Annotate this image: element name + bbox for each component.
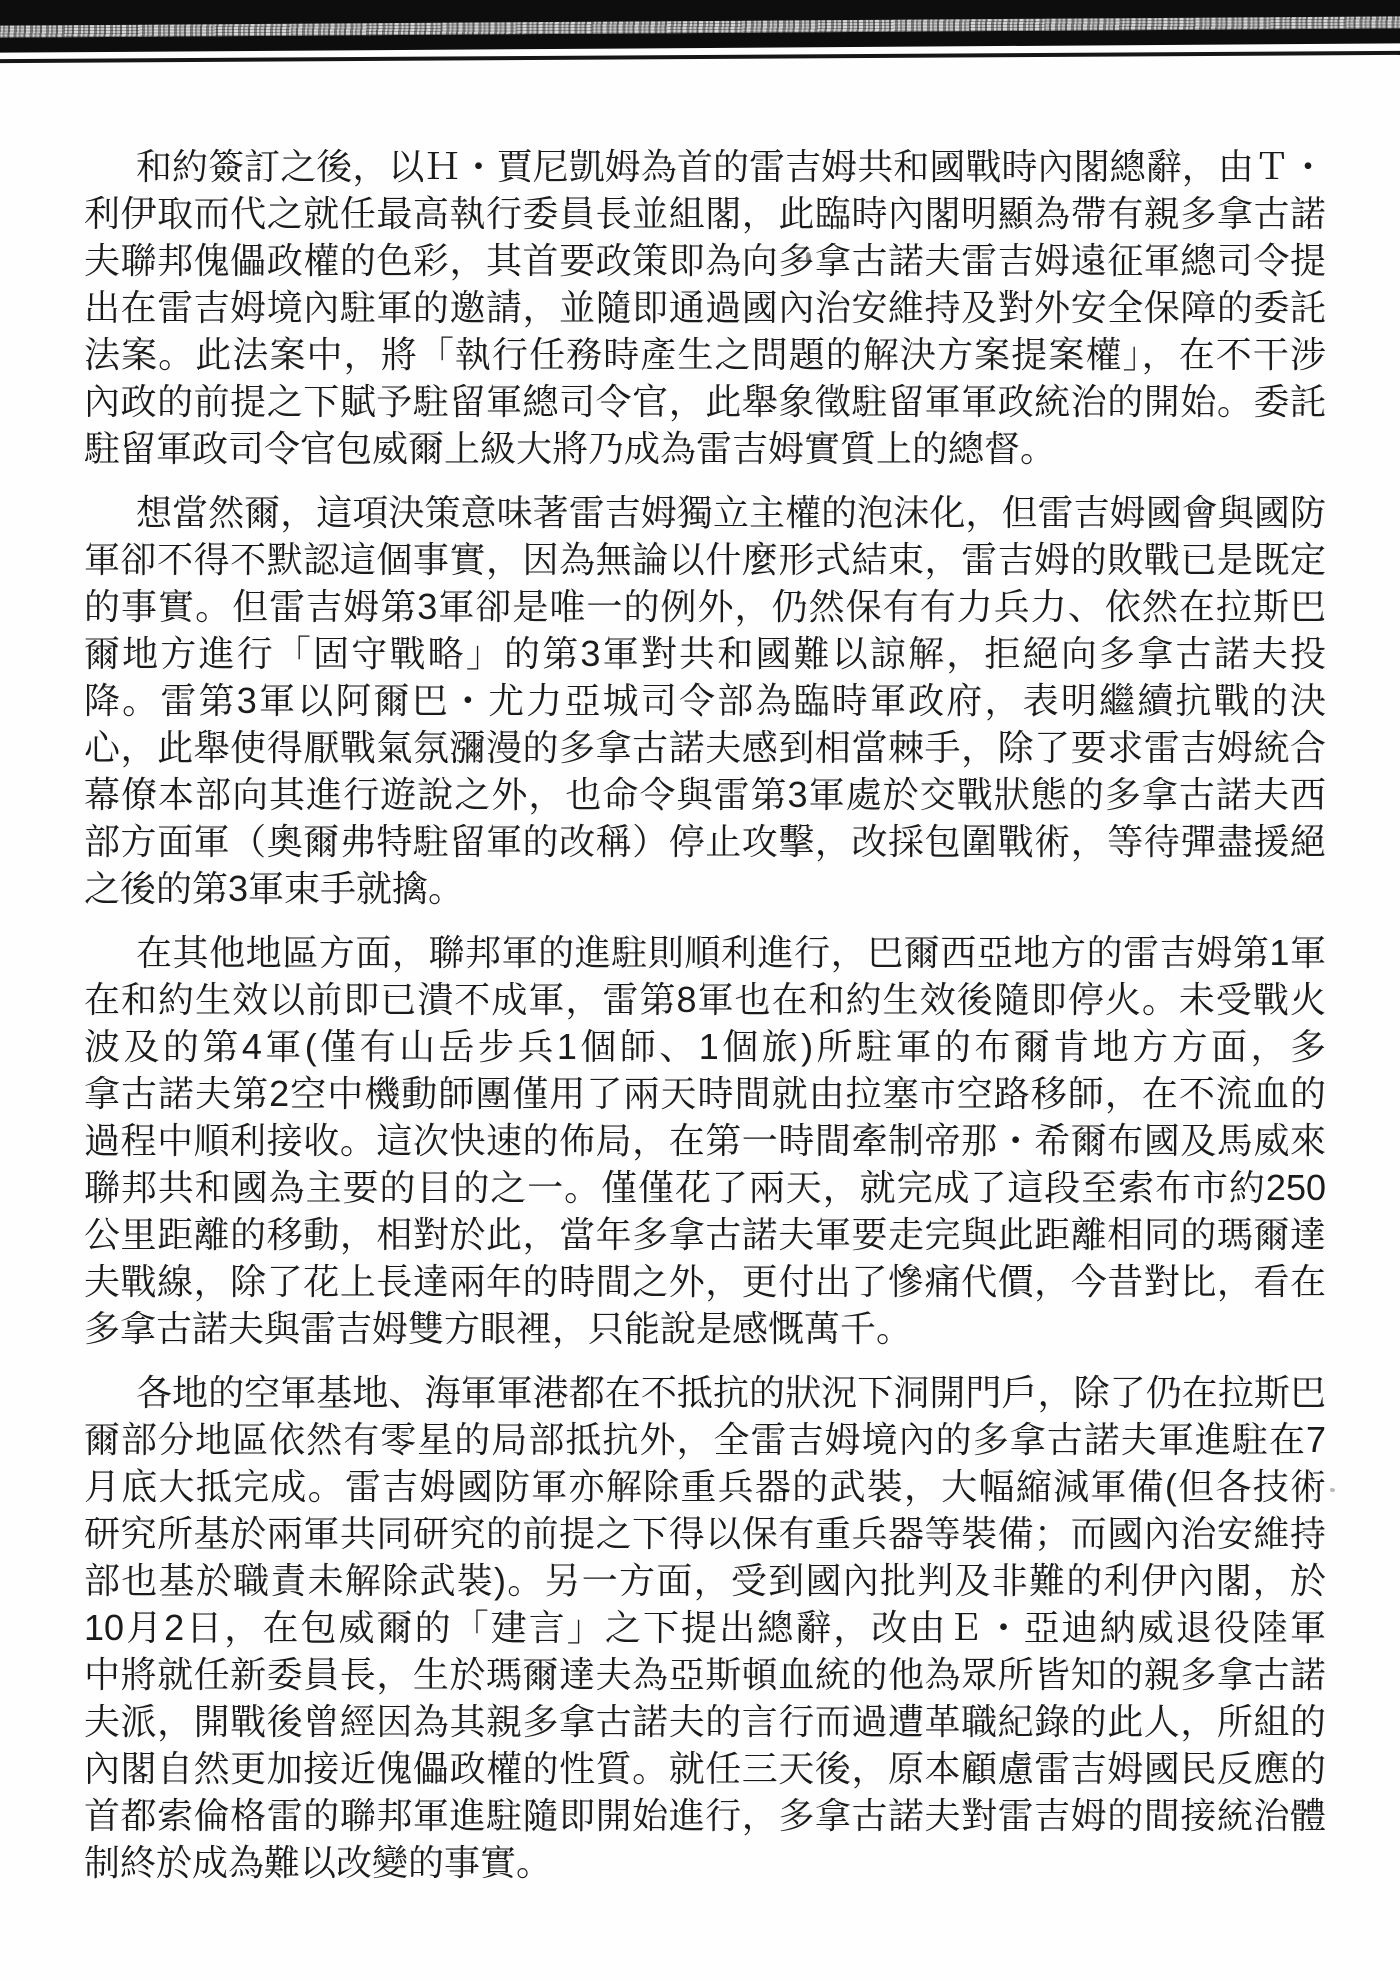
text-line: 波及的第4軍(僅有山岳步兵1個師、1個旅)所駐軍的布爾肯地方方面，多 [84,1023,1326,1070]
text-line: 聯邦共和國為主要的目的之一。僅僅花了兩天，就完成了這段至索布市約250 [84,1164,1326,1211]
paragraph: 各地的空軍基地、海軍軍港都在不抵抗的狀況下洞開門戶，除了仍在拉斯巴 爾部分地區依… [84,1369,1326,1886]
text-line: 制終於成為難以改變的事實。 [84,1839,1326,1886]
paragraph: 和約簽訂之後，以Ｈ・賈尼凱姆為首的雷吉姆共和國戰時內閣總辭，由Ｔ・ 利伊取而代之… [84,143,1326,472]
text-line: 利伊取而代之就任最高執行委員長並組閣，此臨時內閣明顯為帶有親多拿古諾 [84,190,1326,237]
text-line: 爾部分地區依然有零星的局部抵抗外，全雷吉姆境內的多拿古諾夫軍進駐在7 [84,1416,1326,1463]
scan-header-band [0,0,1400,53]
text-line: 在其他地區方面，聯邦軍的進駐則順利進行，巴爾西亞地方的雷吉姆第1軍 [84,929,1326,976]
text-line: 多拿古諾夫與雷吉姆雙方眼裡，只能說是感慨萬千。 [84,1305,1326,1352]
paragraph: 在其他地區方面，聯邦軍的進駐則順利進行，巴爾西亞地方的雷吉姆第1軍 在和約生效以… [84,929,1326,1352]
text-line: 首都索倫格雷的聯邦軍進駐隨即開始進行，多拿古諾夫對雷吉姆的間接統治體 [84,1792,1326,1839]
text-line: 夫派，開戰後曾經因為其親多拿古諾夫的言行而過遭革職紀錄的此人，所組的 [84,1698,1326,1745]
page-edge-line [0,51,1400,64]
text-line: 出在雷吉姆境內駐軍的邀請，並隨即通過國內治安維持及對外安全保障的委託 [84,284,1326,331]
text-line: 過程中順利接收。這次快速的佈局，在第一時間牽制帝那・希爾布國及馬威來 [84,1117,1326,1164]
text-line: 研究所基於兩軍共同研究的前提之下得以保有重兵器等裝備；而國內治安維持 [84,1510,1326,1557]
text-line: 的事實。但雷吉姆第3軍卻是唯一的例外，仍然保有有力兵力、依然在拉斯巴 [84,583,1326,630]
text-line: 部也基於職責未解除武裝)。另一方面，受到國內批判及非難的利伊內閣，於 [84,1557,1326,1604]
text-line: 夫戰線，除了花上長達兩年的時間之外，更付出了慘痛代價，今昔對比，看在 [84,1258,1326,1305]
text-line: 內政的前提之下賦予駐留軍總司令官，此舉象徵駐留軍軍政統治的開始。委託 [84,378,1326,425]
text-line: 軍卻不得不默認這個事實，因為無論以什麼形式結束，雷吉姆的敗戰已是既定 [84,536,1326,583]
text-line: 在和約生效以前即已潰不成軍，雷第8軍也在和約生效後隨即停火。未受戰火 [84,976,1326,1023]
text-line: 月底大抵完成。雷吉姆國防軍亦解除重兵器的武裝，大幅縮減軍備(但各技術 [84,1463,1326,1510]
text-line: 心，此舉使得厭戰氣氛瀰漫的多拿古諾夫感到相當棘手，除了要求雷吉姆統合 [84,724,1326,771]
text-line: 公里距離的移動，相對於此，當年多拿古諾夫軍要走完與此距離相同的瑪爾達 [84,1211,1326,1258]
text-line: 法案。此法案中，將「執行任務時產生之問題的解決方案提案權」，在不干涉 [84,331,1326,378]
text-line: 之後的第3軍束手就擒。 [84,865,1326,912]
text-line: 拿古諾夫第2空中機動師團僅用了兩天時間就由拉塞市空路移師，在不流血的 [84,1070,1326,1117]
text-line: 各地的空軍基地、海軍軍港都在不抵抗的狀況下洞開門戶，除了仍在拉斯巴 [84,1369,1326,1416]
text-line: 幕僚本部向其進行遊說之外，也命令與雷第3軍處於交戰狀態的多拿古諾夫西 [84,771,1326,818]
text-line: 內閣自然更加接近傀儡政權的性質。就任三天後，原本顧慮雷吉姆國民反應的 [84,1745,1326,1792]
scanned-book-page: 和約簽訂之後，以Ｈ・賈尼凱姆為首的雷吉姆共和國戰時內閣總辭，由Ｔ・ 利伊取而代之… [0,0,1400,1981]
text-line: 駐留軍政司令官包威爾上級大將乃成為雷吉姆實質上的總督。 [84,425,1326,472]
text-line: 中將就任新委員長，生於瑪爾達夫為亞斯頓血統的他為眾所皆知的親多拿古諾 [84,1651,1326,1698]
body-text: 和約簽訂之後，以Ｈ・賈尼凱姆為首的雷吉姆共和國戰時內閣總辭，由Ｔ・ 利伊取而代之… [84,143,1326,1903]
text-line: 想當然爾，這項決策意味著雷吉姆獨立主權的泡沫化，但雷吉姆國會與國防 [84,489,1326,536]
scan-noise-stripe [0,16,1400,38]
text-line: 和約簽訂之後，以Ｈ・賈尼凱姆為首的雷吉姆共和國戰時內閣總辭，由Ｔ・ [84,143,1326,190]
text-line: 夫聯邦傀儡政權的色彩，其首要政策即為向多拿古諾夫雷吉姆遠征軍總司令提 [84,237,1326,284]
text-line: 部方面軍（奧爾弗特駐留軍的改稱）停止攻擊，改採包圍戰術，等待彈盡援絕 [84,818,1326,865]
text-line: 爾地方進行「固守戰略」的第3軍對共和國難以諒解，拒絕向多拿古諾夫投 [84,630,1326,677]
text-line: 降。雷第3軍以阿爾巴・尤力亞城司令部為臨時軍政府，表明繼續抗戰的決 [84,677,1326,724]
text-line: 10月2日，在包威爾的「建言」之下提出總辭，改由Ｅ・亞迪納威退役陸軍 [84,1604,1326,1651]
scan-speck [1330,1488,1335,1492]
paragraph: 想當然爾，這項決策意味著雷吉姆獨立主權的泡沫化，但雷吉姆國會與國防 軍卻不得不默… [84,489,1326,912]
